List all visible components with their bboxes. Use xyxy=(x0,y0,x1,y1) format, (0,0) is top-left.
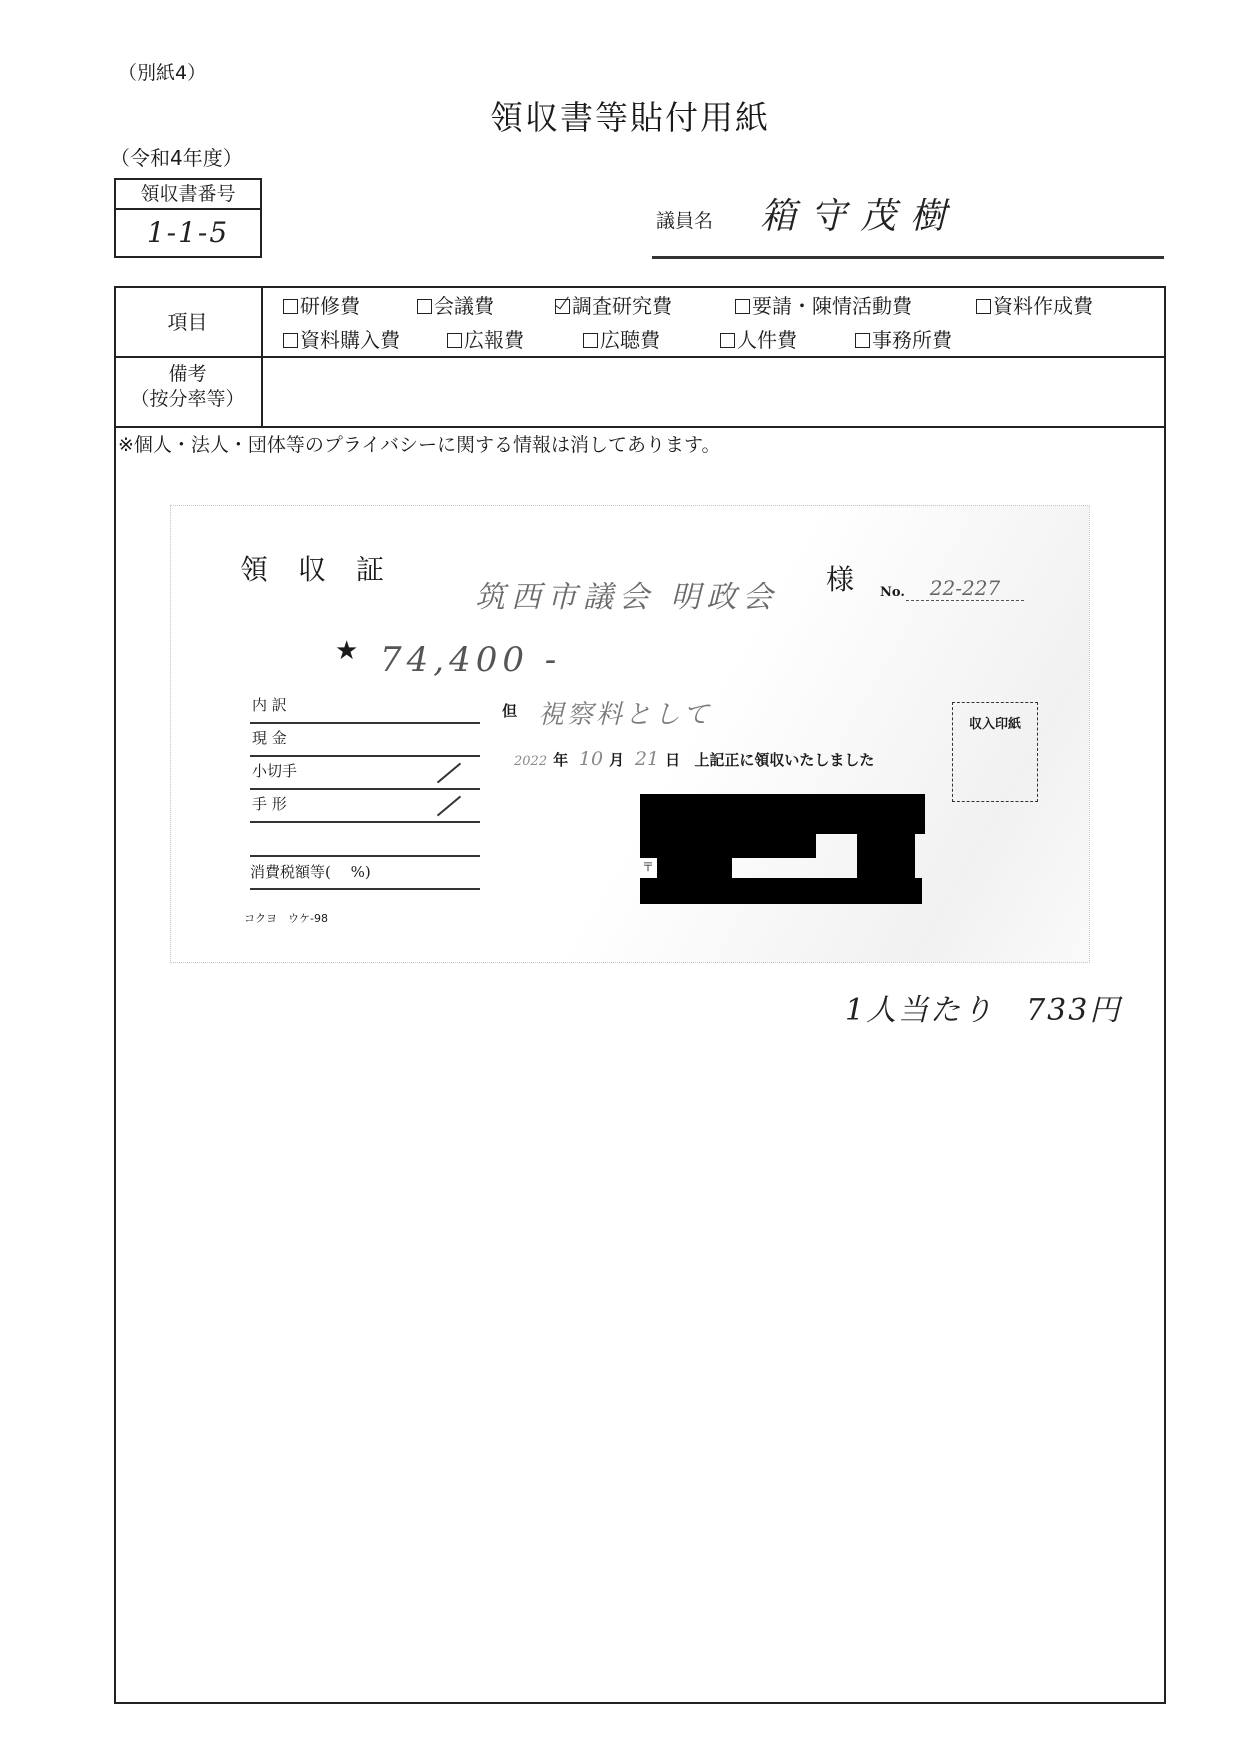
checkbox-empty-icon[interactable] xyxy=(720,333,735,348)
postal-mark: 〒 xyxy=(640,858,656,875)
breakdown-line xyxy=(250,755,480,757)
category-checkbox[interactable]: 人件費 xyxy=(720,324,797,353)
checkbox-empty-icon[interactable] xyxy=(447,333,462,348)
category-label: 資料購入費 xyxy=(300,328,400,352)
category-checkbox[interactable]: 広聴費 xyxy=(583,324,660,353)
category-checkbox[interactable]: 研修費 xyxy=(283,290,360,319)
checkbox-empty-icon[interactable] xyxy=(283,333,298,348)
category-label: 広聴費 xyxy=(600,328,660,352)
breakdown-label: 手 形 xyxy=(252,793,287,814)
category-label: 会議費 xyxy=(434,294,494,318)
checkbox-checked-icon[interactable] xyxy=(555,299,570,314)
privacy-notice: ※個人・法人・団体等のプライバシーに関する情報は消してあります。 xyxy=(118,430,720,457)
breakdown-line xyxy=(250,821,480,823)
member-name-underline xyxy=(652,256,1164,259)
breakdown-line xyxy=(250,788,480,790)
receipt-number-box: 領収書番号 1-1-5 xyxy=(114,178,262,258)
receipt-number-label: 領収書番号 xyxy=(116,180,260,210)
category-label: 要請・陳情活動費 xyxy=(752,294,912,318)
category-label: 人件費 xyxy=(737,328,797,352)
receipt-honorific: 様 xyxy=(826,558,854,598)
breakdown-line xyxy=(250,855,480,857)
checkbox-empty-icon[interactable] xyxy=(855,333,870,348)
note-label-line1: 備考 xyxy=(114,362,261,387)
category-checkbox[interactable]: 資料購入費 xyxy=(283,324,400,353)
form-maker: コクヨ ウケ-98 xyxy=(244,910,328,926)
annex-label: （別紙4） xyxy=(118,58,206,85)
per-person-note: 1人当たり 733円 xyxy=(845,985,1121,1029)
category-checkbox[interactable]: 事務所費 xyxy=(855,324,952,353)
page-title: 領収書等貼付用紙 xyxy=(490,92,770,139)
category-checkbox[interactable]: 広報費 xyxy=(447,324,524,353)
date-day-unit: 日 xyxy=(665,751,680,769)
date-month: 10 xyxy=(579,748,603,770)
note-row xyxy=(114,358,1166,428)
member-name-value: 箱守茂樹 xyxy=(760,188,960,239)
category-checkbox[interactable]: 会議費 xyxy=(417,290,494,319)
checkbox-empty-icon[interactable] xyxy=(583,333,598,348)
receipt-serial-number: 22-227 xyxy=(906,576,1024,601)
category-label: 調査研究費 xyxy=(572,294,672,318)
purpose-prefix: 但 xyxy=(502,700,517,721)
receipt-purpose: 視察料として xyxy=(538,694,712,731)
note-label-line2: （按分率等） xyxy=(114,387,261,412)
category-label: 広報費 xyxy=(464,328,524,352)
category-checkbox[interactable]: 調査研究費 xyxy=(555,290,672,319)
category-checkbox[interactable]: 資料作成費 xyxy=(976,290,1093,319)
checkbox-empty-icon[interactable] xyxy=(735,299,750,314)
checkbox-empty-icon[interactable] xyxy=(283,299,298,314)
breakdown-label: 小切手 xyxy=(252,760,297,781)
receipt-date: 2022年 10月 21日 上記正に領収いたしました xyxy=(508,748,874,770)
receipt-number-prefix: No. xyxy=(880,585,905,600)
checkbox-empty-icon[interactable] xyxy=(976,299,991,314)
breakdown-label: 現 金 xyxy=(252,727,287,748)
date-year-unit: 年 xyxy=(553,751,568,769)
tax-label: 消費税額等( %) xyxy=(250,861,371,882)
breakdown-line xyxy=(250,888,480,890)
receipt-number-value: 1-1-5 xyxy=(116,210,260,256)
breakdown-line xyxy=(250,722,480,724)
receipt-amount: 74,400 - xyxy=(380,640,561,680)
star-icon: ★ xyxy=(335,636,358,666)
date-year: 2022 xyxy=(514,754,547,769)
category-label: 研修費 xyxy=(300,294,360,318)
label-column-divider xyxy=(261,286,263,428)
receipt-payee: 筑西市議会 明政会 xyxy=(475,572,779,616)
category-label: 事務所費 xyxy=(872,328,952,352)
category-label: 資料作成費 xyxy=(993,294,1093,318)
fiscal-year: （令和4年度） xyxy=(110,142,243,171)
breakdown-label: 内 訳 xyxy=(252,694,287,715)
date-month-unit: 月 xyxy=(609,751,624,769)
member-name-label: 議員名 xyxy=(656,206,713,233)
receipt-title: 領収証 xyxy=(240,548,414,588)
item-label: 項目 xyxy=(114,286,261,358)
acknowledgement: 上記正に領収いたしました xyxy=(694,751,874,769)
checkbox-empty-icon[interactable] xyxy=(417,299,432,314)
revenue-stamp-box: 収入印紙 xyxy=(952,702,1038,802)
category-checkbox[interactable]: 要請・陳情活動費 xyxy=(735,290,912,319)
note-label: 備考 （按分率等） xyxy=(114,362,261,412)
date-day: 21 xyxy=(635,748,659,770)
